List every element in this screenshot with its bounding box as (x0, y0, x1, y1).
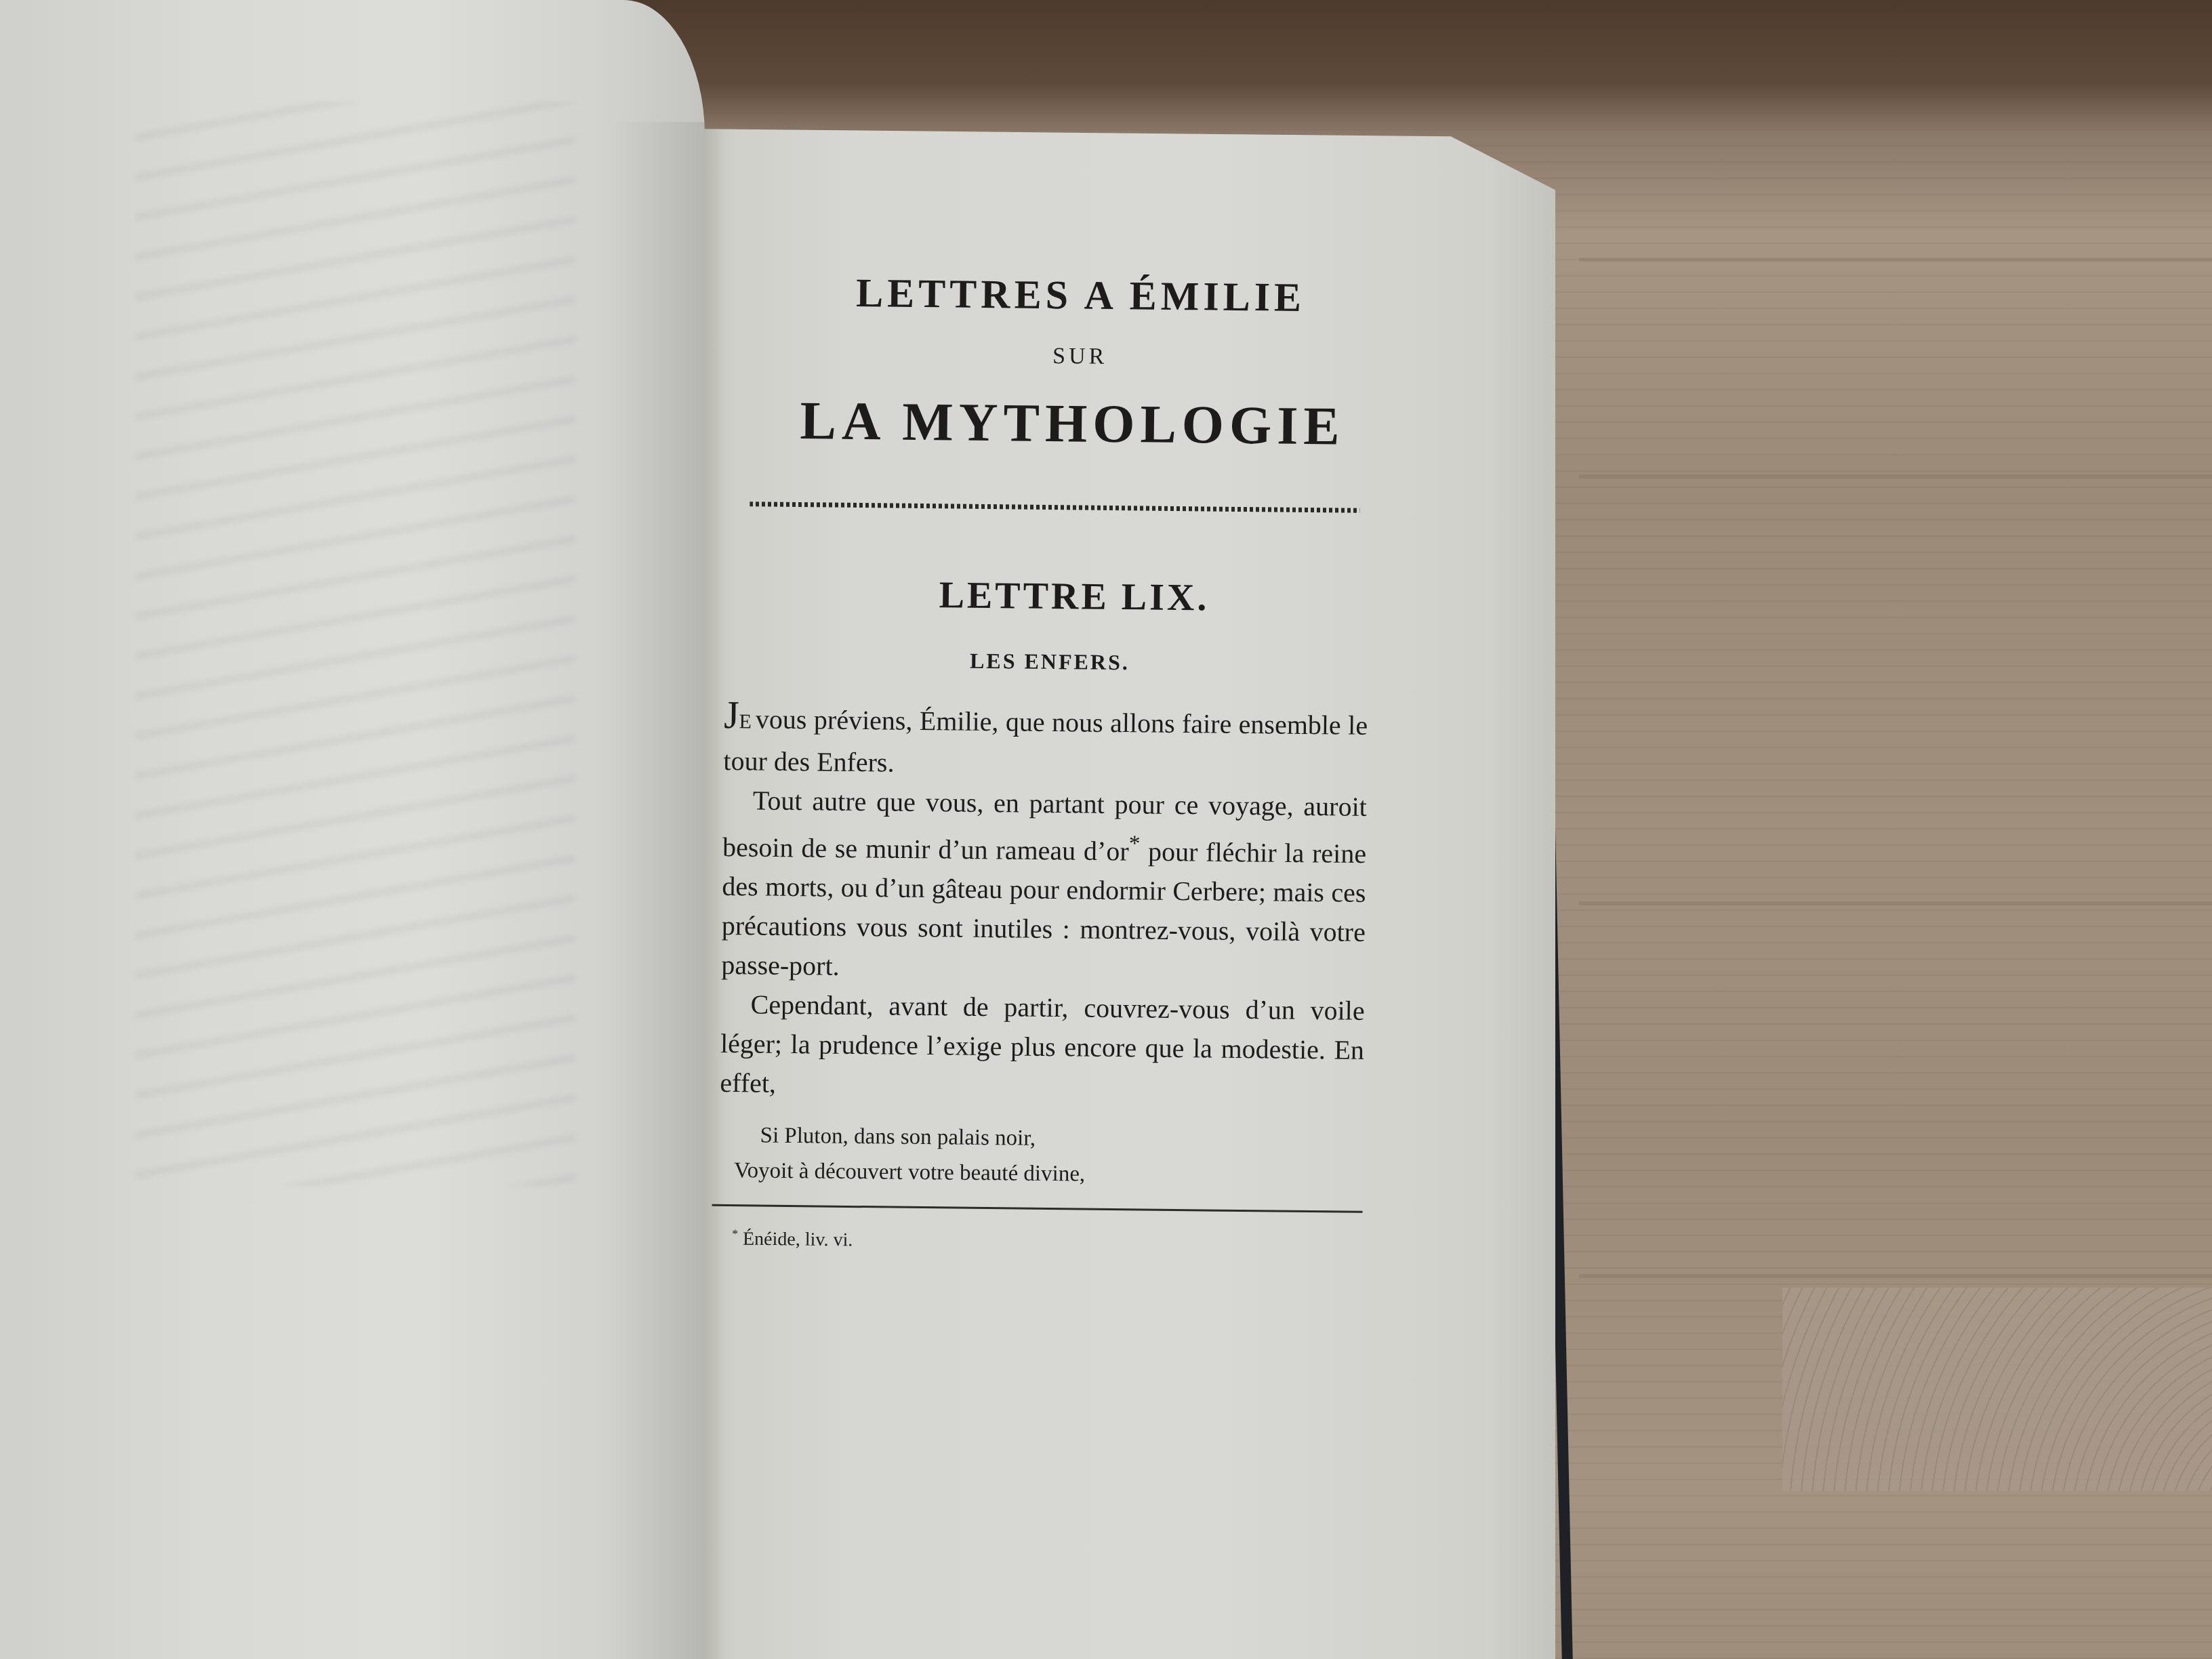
paragraph: Tout autre que vous, en partant pour ce … (721, 781, 1367, 991)
verse-quotation: Si Pluton, dans son palais noir, Voyoit … (719, 1118, 1370, 1195)
body-text: JEvous préviens, Émilie, que nous allons… (720, 695, 1368, 1109)
paragraph: Cependant, avant de partir, couvrez-vous… (720, 985, 1365, 1109)
ornamental-rule (750, 501, 1359, 512)
footnote-separator (712, 1204, 1363, 1213)
footnote-marker: * (1129, 831, 1141, 856)
letter-subtitle: LES ENFERS. (724, 646, 1375, 678)
bleed-through-text (136, 102, 576, 1186)
verse-line: Voyoit à découvert votre beauté divine, (719, 1153, 1370, 1195)
running-title: LETTRES A ÉMILIE (728, 271, 1379, 319)
title-connector: SUR (728, 340, 1378, 373)
paragraph-text: Cependant, avant de partir, couvrez-vous… (720, 989, 1365, 1099)
wood-plank-seam (1579, 901, 2212, 905)
left-page (0, 0, 705, 1659)
letter-heading: LETTRE LIX. (725, 574, 1376, 619)
page-text-block: LETTRES A ÉMILIE SUR LA MYTHOLOGIE LETTR… (718, 271, 1379, 1257)
paragraph-text: vous préviens, Émilie, que nous allons f… (723, 703, 1368, 777)
initial-letter: J (724, 693, 739, 737)
footnote-marker: * (732, 1227, 738, 1240)
initial-small-cap: E (739, 710, 752, 733)
wood-plank-seam (1579, 1274, 2212, 1278)
wood-plank-seam (1579, 474, 2212, 478)
footnote-text: Énéide, liv. vi. (743, 1229, 853, 1251)
wood-plank-seam (1579, 258, 2212, 262)
paragraph: JEvous préviens, Émilie, que nous allons… (723, 695, 1368, 787)
left-page-curve-shadow (610, 122, 705, 1659)
wood-endgrain-block (1782, 1288, 2212, 1491)
title-subject: LA MYTHOLOGIE (726, 393, 1378, 454)
